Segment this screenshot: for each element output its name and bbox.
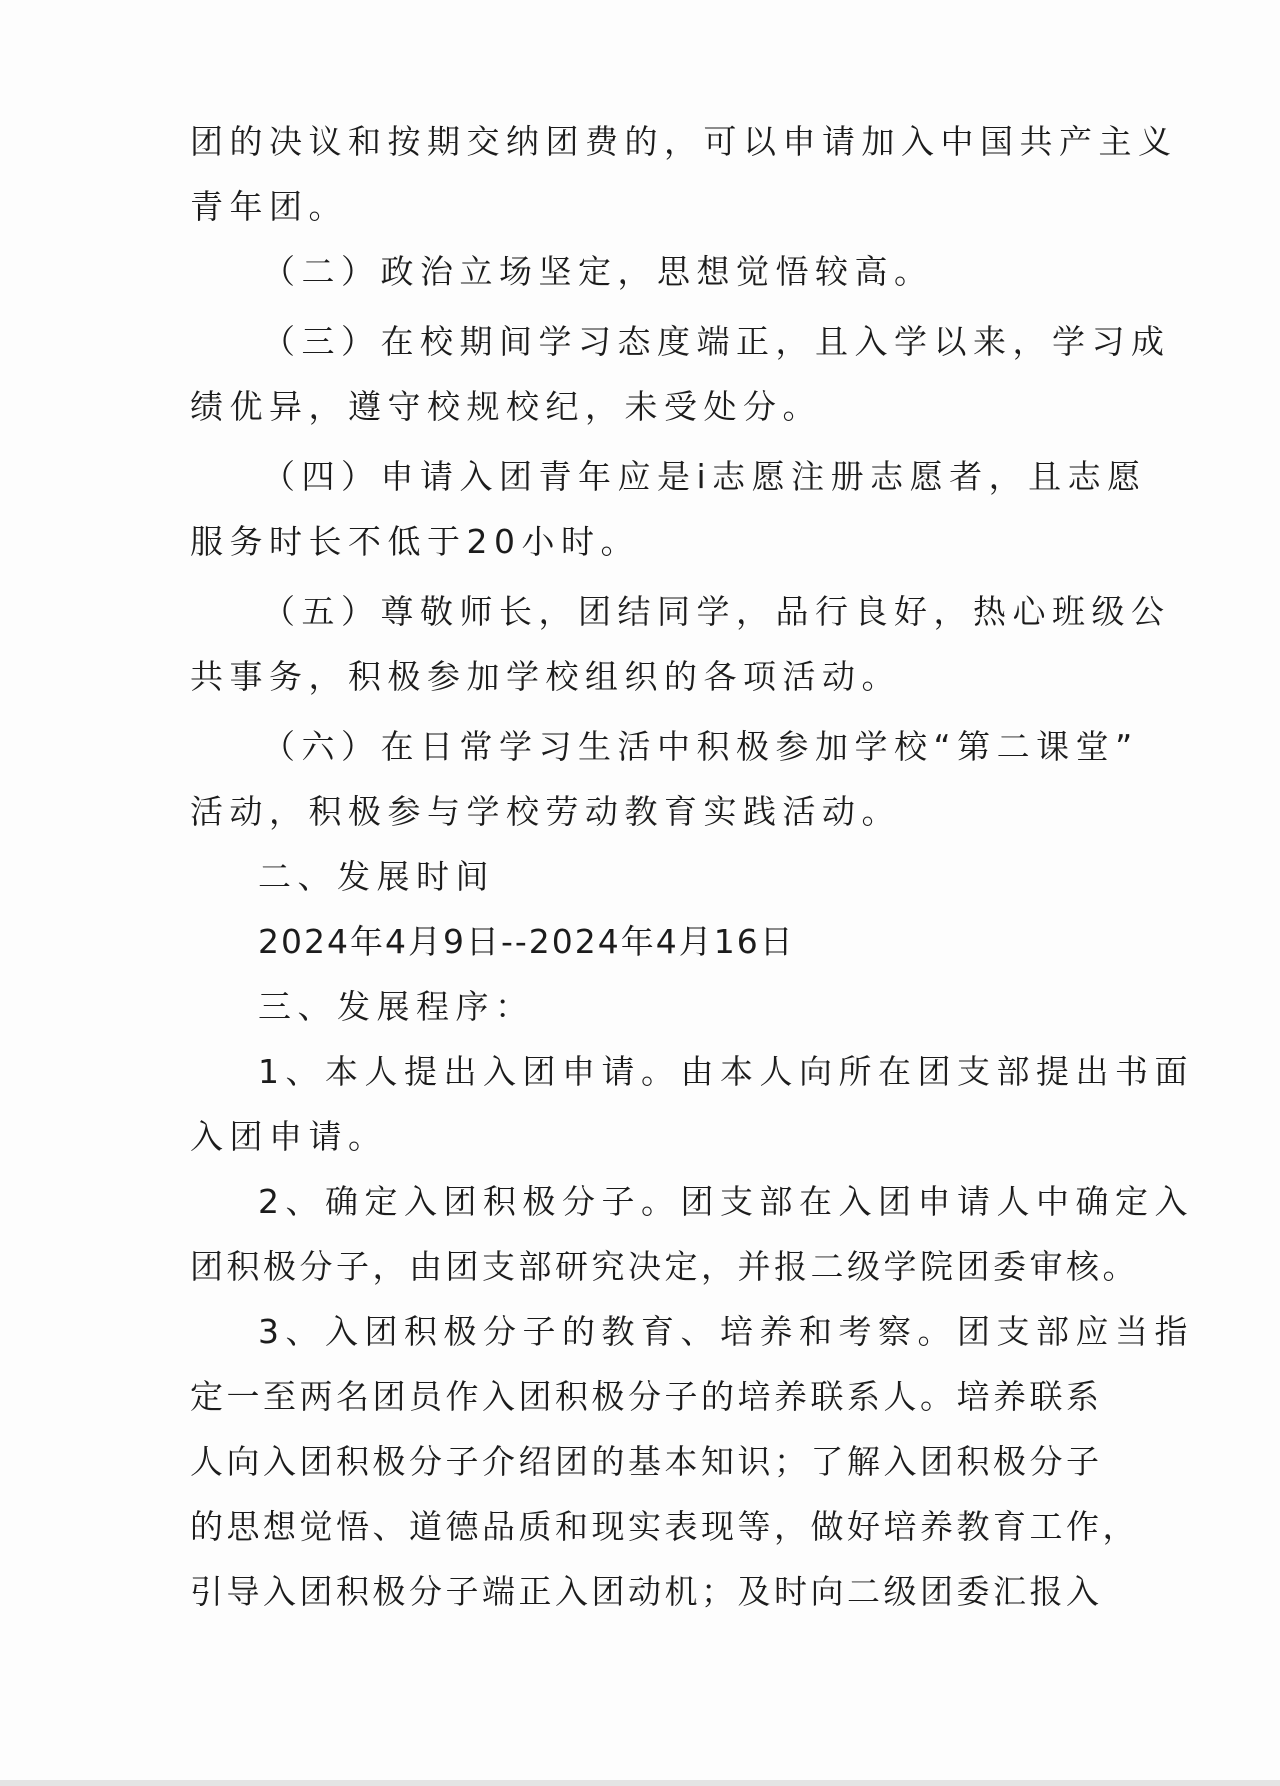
- list-item-6: （六）在日常学习生活中积极参加学校“第二课堂”: [262, 727, 1139, 767]
- section-heading-time: 二、发展时间: [258, 857, 495, 897]
- paragraph-line: 入团申请。: [190, 1117, 388, 1157]
- step-1: 1、本人提出入团申请。由本人向所在团支部提出书面: [258, 1052, 1194, 1092]
- step-3: 3、入团积极分子的教育、培养和考察。团支部应当指: [258, 1312, 1194, 1352]
- step-2: 2、确定入团积极分子。团支部在入团申请人中确定入: [258, 1182, 1194, 1222]
- list-item-4: （四）申请入团青年应是i志愿注册志愿者，且志愿: [262, 457, 1147, 497]
- paragraph-line: 引导入团积极分子端正入团动机；及时向二级团委汇报入: [190, 1572, 1103, 1612]
- date-range: 2024年4月9日--2024年4月16日: [258, 922, 795, 962]
- document-page: 团的决议和按期交纳团费的，可以申请加入中国共产主义 青年团。 （二）政治立场坚定…: [0, 0, 1280, 1786]
- paragraph-line: 团的决议和按期交纳团费的，可以申请加入中国共产主义: [190, 122, 1178, 162]
- paragraph-line: 活动，积极参与学校劳动教育实践活动。: [190, 792, 901, 832]
- paragraph-line: 的思想觉悟、道德品质和现实表现等，做好培养教育工作，: [190, 1507, 1139, 1547]
- paragraph-line: 青年团。: [190, 187, 348, 227]
- paragraph-line: 定一至两名团员作入团积极分子的培养联系人。培养联系: [190, 1377, 1103, 1417]
- paragraph-line: 服务时长不低于20小时。: [190, 522, 640, 562]
- paragraph-line: 共事务，积极参加学校组织的各项活动。: [190, 657, 901, 697]
- page-bottom-edge: [0, 1780, 1280, 1786]
- paragraph-line: 团积极分子，由团支部研究决定，并报二级学院团委审核。: [190, 1247, 1139, 1287]
- list-item-5: （五）尊敬师长，团结同学，品行良好，热心班级公: [262, 592, 1171, 632]
- paragraph-line: 绩优异，遵守校规校纪，未受处分。: [190, 387, 822, 427]
- list-item-2: （二）政治立场坚定，思想觉悟较高。: [262, 252, 934, 292]
- section-heading-procedure: 三、发展程序：: [258, 987, 535, 1027]
- list-item-3: （三）在校期间学习态度端正，且入学以来，学习成: [262, 322, 1171, 362]
- paragraph-line: 人向入团积极分子介绍团的基本知识；了解入团积极分子: [190, 1442, 1103, 1482]
